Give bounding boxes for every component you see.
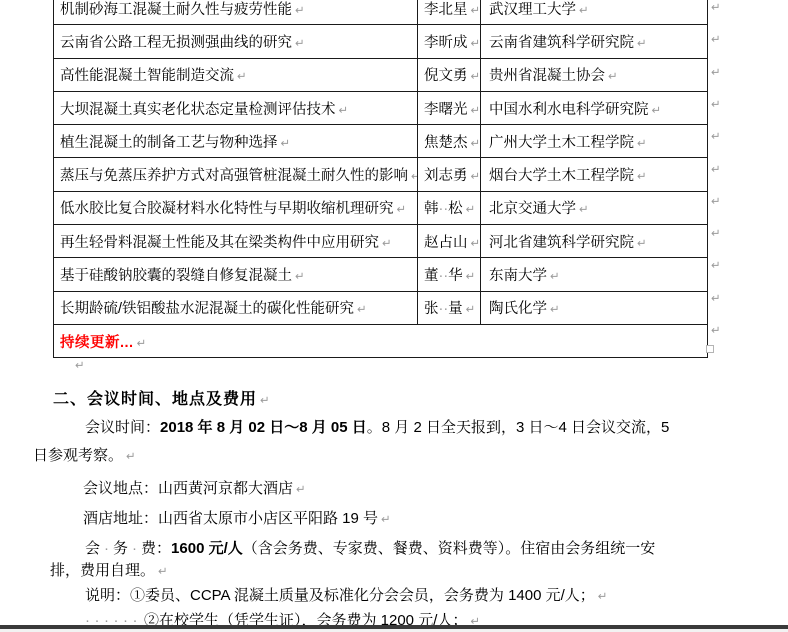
table-row: 植生混凝土的制备工艺与物种选择↵焦楚杰↵广州大学土木工程学院↵ <box>54 125 708 158</box>
presenter-cell[interactable]: 李曙光↵ <box>418 91 481 124</box>
presenter-cell[interactable]: 韩··松↵ <box>418 191 481 224</box>
organization-cell[interactable]: 云南省建筑科学研究院↵ <box>481 25 708 58</box>
space-mark-icon: ·· <box>439 268 449 284</box>
cell-end-mark-icon: ↵ <box>411 171 418 183</box>
cell-end-mark-icon: ↵ <box>579 5 589 17</box>
cell-end-mark-icon: ↵ <box>357 304 367 316</box>
cell-end-mark-icon: ↵ <box>137 338 147 350</box>
presenter-cell[interactable]: 李北星↵ <box>418 0 481 25</box>
end-of-row-mark-icon: ↵ <box>711 194 725 208</box>
topic-cell[interactable]: 机制砂海工混凝土耐久性与疲劳性能↵ <box>54 0 418 25</box>
cell-end-mark-icon: ↵ <box>295 271 305 283</box>
organization-cell[interactable]: 北京交通大学↵ <box>481 191 708 224</box>
end-of-row-mark-icon: ↵ <box>711 258 725 272</box>
word-document-page: 机制砂海工混凝土耐久性与疲劳性能↵李北星↵武汉理工大学↵云南省公路工程无损测强曲… <box>0 0 788 632</box>
cell-end-mark-icon: ↵ <box>471 5 481 17</box>
end-of-row-mark-icon: ↵ <box>711 129 725 143</box>
table-row: 低水胶比复合胶凝材料水化特性与早期收缩机理研究↵韩··松↵北京交通大学↵ <box>54 191 708 224</box>
cell-end-mark-icon: ↵ <box>471 138 481 150</box>
cell-end-mark-icon: ↵ <box>637 238 647 250</box>
cell-end-mark-icon: ↵ <box>466 304 476 316</box>
end-of-row-mark-icon: ↵ <box>711 226 725 240</box>
cell-end-mark-icon: ↵ <box>237 71 247 83</box>
cell-end-mark-icon: ↵ <box>466 204 476 216</box>
topic-cell[interactable]: 蒸压与免蒸压养护方式对高强管桩混凝土耐久性的影响↵ <box>54 158 418 191</box>
topic-cell[interactable]: 再生轻骨料混凝土性能及其在梁类构件中应用研究↵ <box>54 225 418 258</box>
topic-cell[interactable]: 云南省公路工程无损测强曲线的研究↵ <box>54 25 418 58</box>
fee-line1[interactable]: 会·务·费：1600 元/人（含会务费、专家费、餐费、资料费等）。住宿由会务组统… <box>85 537 655 558</box>
cell-end-mark-icon: ↵ <box>339 105 349 117</box>
table-row: 蒸压与免蒸压养护方式对高强管桩混凝土耐久性的影响↵刘志勇↵烟台大学土木工程学院↵ <box>54 158 708 191</box>
paragraph-mark-icon: ↵ <box>75 360 85 372</box>
presenter-cell[interactable]: 倪文勇↵ <box>418 58 481 91</box>
table-resize-handle[interactable] <box>706 345 714 353</box>
end-of-row-mark-icon: ↵ <box>711 97 725 111</box>
paragraph-mark-icon: ↵ <box>260 395 271 407</box>
topic-cell[interactable]: 大坝混凝土真实老化状态定量检测评估技术↵ <box>54 91 418 124</box>
space-mark-icon: ·· <box>439 301 449 317</box>
paragraph-mark-icon: ↵ <box>126 451 136 463</box>
organization-cell[interactable]: 东南大学↵ <box>481 258 708 291</box>
table-row: 基于硅酸钠胶囊的裂缝自修复混凝土↵董··华↵东南大学↵ <box>54 258 708 291</box>
organization-cell[interactable]: 陶氏化学↵ <box>481 291 708 324</box>
cell-end-mark-icon: ↵ <box>295 38 305 50</box>
presenter-cell[interactable]: 李昕成↵ <box>418 25 481 58</box>
section-heading[interactable]: 二、会议时间、地点及费用↵ <box>53 386 271 409</box>
cell-end-mark-icon: ↵ <box>471 38 481 50</box>
space-mark-icon: · <box>104 540 109 557</box>
paragraph-mark-icon: ↵ <box>381 514 391 526</box>
cell-end-mark-icon: ↵ <box>466 271 476 283</box>
venue-line[interactable]: 会议地点：山西黄河京都大酒店↵ <box>83 477 306 498</box>
fee-line2[interactable]: 排，费用自理。↵ <box>50 559 168 580</box>
table-row: 机制砂海工混凝土耐久性与疲劳性能↵李北星↵武汉理工大学↵ <box>54 0 708 25</box>
topic-cell[interactable]: 高性能混凝土智能制造交流↵ <box>54 58 418 91</box>
cell-end-mark-icon: ↵ <box>579 204 589 216</box>
cell-end-mark-icon: ↵ <box>471 171 481 183</box>
organization-cell[interactable]: 贵州省混凝土协会↵ <box>481 58 708 91</box>
topic-cell[interactable]: 植生混凝土的制备工艺与物种选择↵ <box>54 125 418 158</box>
end-of-row-mark-icon: ↵ <box>711 291 725 305</box>
end-of-row-mark-icon: ↵ <box>711 0 725 14</box>
end-of-row-mark-icon: ↵ <box>711 162 725 176</box>
organization-cell[interactable]: 河北省建筑科学研究院↵ <box>481 225 708 258</box>
presenter-cell[interactable]: 赵占山↵ <box>418 225 481 258</box>
presentation-table: 机制砂海工混凝土耐久性与疲劳性能↵李北星↵武汉理工大学↵云南省公路工程无损测强曲… <box>53 0 708 358</box>
cell-end-mark-icon: ↵ <box>281 138 291 150</box>
organization-cell[interactable]: 广州大学土木工程学院↵ <box>481 125 708 158</box>
organization-cell[interactable]: 中国水利水电科学研究院↵ <box>481 91 708 124</box>
space-mark-icon: ·· <box>439 201 449 217</box>
end-of-row-mark-icon: ↵ <box>711 32 725 46</box>
table-footer-cell[interactable]: 持续更新...↵ <box>54 324 708 357</box>
table-row: 云南省公路工程无损测强曲线的研究↵李昕成↵云南省建筑科学研究院↵ <box>54 25 708 58</box>
empty-paragraph[interactable]: ↵ <box>72 356 85 373</box>
cell-end-mark-icon: ↵ <box>637 171 647 183</box>
cell-end-mark-icon: ↵ <box>471 71 481 83</box>
cell-end-mark-icon: ↵ <box>637 38 647 50</box>
cell-end-mark-icon: ↵ <box>550 304 560 316</box>
organization-cell[interactable]: 武汉理工大学↵ <box>481 0 708 25</box>
meeting-time-line1[interactable]: 会议时间：2018 年 8 月 02 日～8 月 05 日。8 月 2 日全天报… <box>85 416 669 437</box>
cell-end-mark-icon: ↵ <box>637 138 647 150</box>
topic-cell[interactable]: 基于硅酸钠胶囊的裂缝自修复混凝土↵ <box>54 258 418 291</box>
table-row: 长期龄硫/铁铝酸盐水泥混凝土的碳化性能研究↵张··量↵陶氏化学↵ <box>54 291 708 324</box>
cell-end-mark-icon: ↵ <box>608 71 618 83</box>
end-of-row-mark-icon: ↵ <box>711 65 725 79</box>
cell-end-mark-icon: ↵ <box>550 271 560 283</box>
cell-end-mark-icon: ↵ <box>295 5 305 17</box>
note1-line[interactable]: 说明：①委员、CCPA 混凝土质量及标准化分会会员，会务费为 1400 元/人；… <box>85 584 607 605</box>
table-row: 大坝混凝土真实老化状态定量检测评估技术↵李曙光↵中国水利水电科学研究院↵ <box>54 91 708 124</box>
table-footer-row: 持续更新...↵ <box>54 324 708 357</box>
presenter-cell[interactable]: 董··华↵ <box>418 258 481 291</box>
cell-end-mark-icon: ↵ <box>471 105 481 117</box>
end-of-row-mark-icon: ↵ <box>711 323 725 337</box>
cell-end-mark-icon: ↵ <box>382 238 392 250</box>
paragraph-mark-icon: ↵ <box>296 484 306 496</box>
paragraph-mark-icon: ↵ <box>158 566 168 578</box>
space-mark-icon: · <box>132 540 137 557</box>
paragraph-mark-icon: ↵ <box>598 591 608 603</box>
organization-cell[interactable]: 烟台大学土木工程学院↵ <box>481 158 708 191</box>
cell-end-mark-icon: ↵ <box>397 204 407 216</box>
topic-cell[interactable]: 低水胶比复合胶凝材料水化特性与早期收缩机理研究↵ <box>54 191 418 224</box>
cell-end-mark-icon: ↵ <box>471 238 481 250</box>
presenter-cell[interactable]: 张··量↵ <box>418 291 481 324</box>
presenter-cell[interactable]: 刘志勇↵ <box>418 158 481 191</box>
cell-end-mark-icon: ↵ <box>652 105 662 117</box>
table-row: 高性能混凝土智能制造交流↵倪文勇↵贵州省混凝土协会↵ <box>54 58 708 91</box>
topic-cell[interactable]: 长期龄硫/铁铝酸盐水泥混凝土的碳化性能研究↵ <box>54 291 418 324</box>
meeting-time-line2[interactable]: 日参观考察。↵ <box>33 444 136 465</box>
table-row: 再生轻骨料混凝土性能及其在梁类构件中应用研究↵赵占山↵河北省建筑科学研究院↵ <box>54 225 708 258</box>
presenter-cell[interactable]: 焦楚杰↵ <box>418 125 481 158</box>
hotel-address-line[interactable]: 酒店地址：山西省太原市小店区平阳路 19 号↵ <box>83 507 391 528</box>
